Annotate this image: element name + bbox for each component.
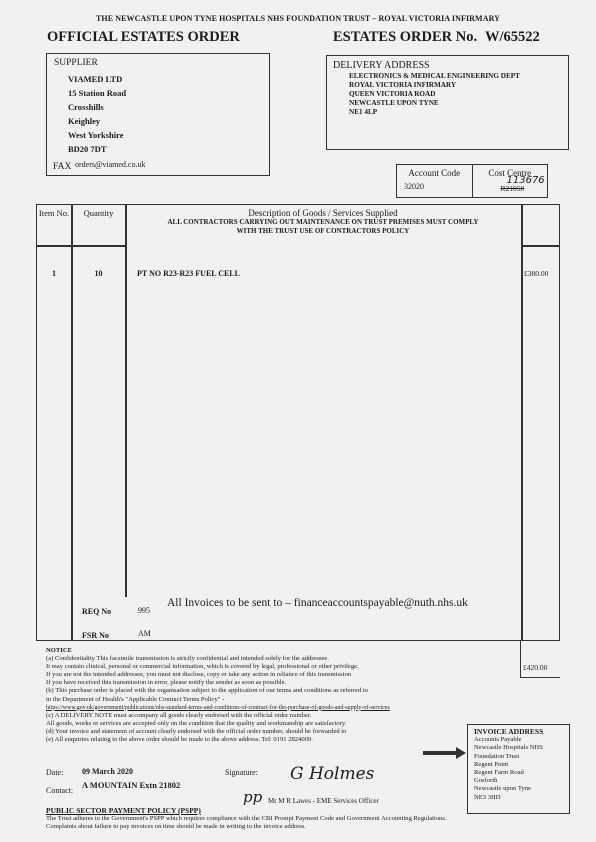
fax-value: orders@viamed.co.uk [75,160,145,169]
trust-name: THE NEWCASTLE UPON TYNE HOSPITALS NHS FO… [0,14,596,23]
notice-line: (a) Confidentiality This facsimile trans… [46,655,526,663]
date-label: Date: [46,768,63,777]
row-amount: £380.00 [524,269,548,278]
supplier-line: Crosshills [68,102,104,112]
delivery-label: DELIVERY ADDRESS [333,60,430,71]
supplier-line: West Yorkshire [68,130,124,140]
header-quantity: Quantity [72,208,125,218]
invoice-address-line: Gosforth [474,777,563,785]
delivery-address-box: DELIVERY ADDRESS ELECTRONICS & MEDICAL E… [326,55,569,150]
notice-title: NOTICE [46,647,526,655]
delivery-line: NE1 4LP [349,108,377,116]
cost-centre-struck: R21050 [501,184,525,193]
invoice-address-line: NE3 3HD [474,794,563,802]
pspp-text: The Trust adheres to the Government's PS… [46,815,566,831]
notice-line: All goods, works or services are accepte… [46,720,526,728]
codes-box: Account Code 32020 Cost Centre 113676 R2… [396,164,548,198]
notice-line: If you have received this transmission i… [46,679,526,687]
supplier-box: SUPPLIER VIAMED LTD 15 Station Road Cros… [46,53,270,176]
header-description: Description of Goods / Services Supplied [125,208,521,218]
account-code-label: Account Code [397,168,472,178]
fsr-value: AM [138,629,151,638]
delivery-line: NEWCASTLE UPON TYNE [349,99,439,107]
date-value: 09 March 2020 [82,767,133,776]
fsr-label: FSR No [82,631,109,640]
signature-label: Signature: [225,768,258,777]
supplier-line: VIAMED LTD [68,74,122,84]
pspp-title: PUBLIC SECTOR PAYMENT POLICY (PSPP) [46,806,201,815]
order-number: W/65522 [485,29,540,46]
arrow-icon [423,751,459,755]
header-policy-line-1: ALL CONTRACTORS CARRYING OUT MAINTENANCE… [125,218,521,226]
total-box [520,640,560,678]
invoice-address-title: INVOICE ADDRESS [474,728,563,736]
notice-line: If you are not the intended addressee, y… [46,671,526,679]
pp-mark: pp [243,788,262,806]
delivery-line: ROYAL VICTORIA INFIRMARY [349,81,456,89]
invoice-address-line: Regent Farm Road [474,769,563,777]
arrow-head-icon [456,747,466,759]
account-code-value: 32020 [404,182,424,191]
header-policy-line-2: WITH THE TRUST USE OF CONTRACTORS POLICY [125,227,521,235]
cost-centre-cell: Cost Centre 113676 R21050 [472,165,548,197]
contact-label: Contact: [46,786,73,795]
invoice-address-line: Newcastle Hospitals NHS [474,744,563,752]
invoice-address-line: Regent Point [474,761,563,769]
invoice-address-line: Accounts Payable [474,736,563,744]
order-total: £420.00 [523,663,547,672]
fax-label: FAX [53,162,71,172]
signing-officer: Mr M R Lawes - EME Services Officer [268,797,379,805]
notice-line: (c) A DELIVERY NOTE must accompany all g… [46,712,526,720]
notice-line: It may contain clinical, personal or com… [46,663,526,671]
delivery-line: QUEEN VICTORIA ROAD [349,90,435,98]
row-item: 1 [37,269,71,278]
invoice-address-line: Newcastle upon Tyne [474,785,563,793]
header-item-no: Item No. [37,208,71,218]
delivery-line: ELECTRONICS & MEDICAL ENGINEERING DEPT [349,72,520,80]
invoice-address-box: INVOICE ADDRESS Accounts Payable Newcast… [467,724,570,814]
supplier-label: SUPPLIER [54,58,98,68]
req-label: REQ No [82,607,111,616]
document-title: OFFICIAL ESTATES ORDER [47,29,240,46]
pspp-line: The Trust adheres to the Government's PS… [46,815,566,823]
row-description: PT NO R23-R23 FUEL CELL [137,269,240,278]
order-number-label: ESTATES ORDER No. [333,29,477,46]
account-code-cell: Account Code 32020 [397,165,472,197]
terms-link[interactable]: https://www.gov.uk/government/publicatio… [46,704,506,712]
contact-value: A MOUNTAIN Extn 21802 [82,780,180,790]
supplier-line: 15 Station Road [68,88,126,98]
row-quantity: 10 [72,269,125,278]
pspp-line: Complaints about failure to pay invoices… [46,823,566,831]
handwritten-signature: G Holmes [290,764,374,784]
order-lines-table: Item No. Quantity Description of Goods /… [36,204,560,641]
notice-line: (d) Your invoice and statement of accoun… [46,728,526,736]
invoice-address-line: Foundation Trust [474,753,563,761]
invoices-note: All Invoices to be sent to – financeacco… [167,597,468,609]
req-value: 995 [138,606,150,615]
notice-section: NOTICE (a) Confidentiality This facsimil… [46,647,526,744]
notice-line: (e) All enquiries relating to the above … [46,736,526,744]
supplier-line: Keighley [68,116,100,126]
notice-line: in the Department of Health's "Applicabl… [46,696,526,704]
supplier-line: BD20 7DT [68,144,107,154]
notice-line: (b) This purchase order is placed with t… [46,687,526,695]
